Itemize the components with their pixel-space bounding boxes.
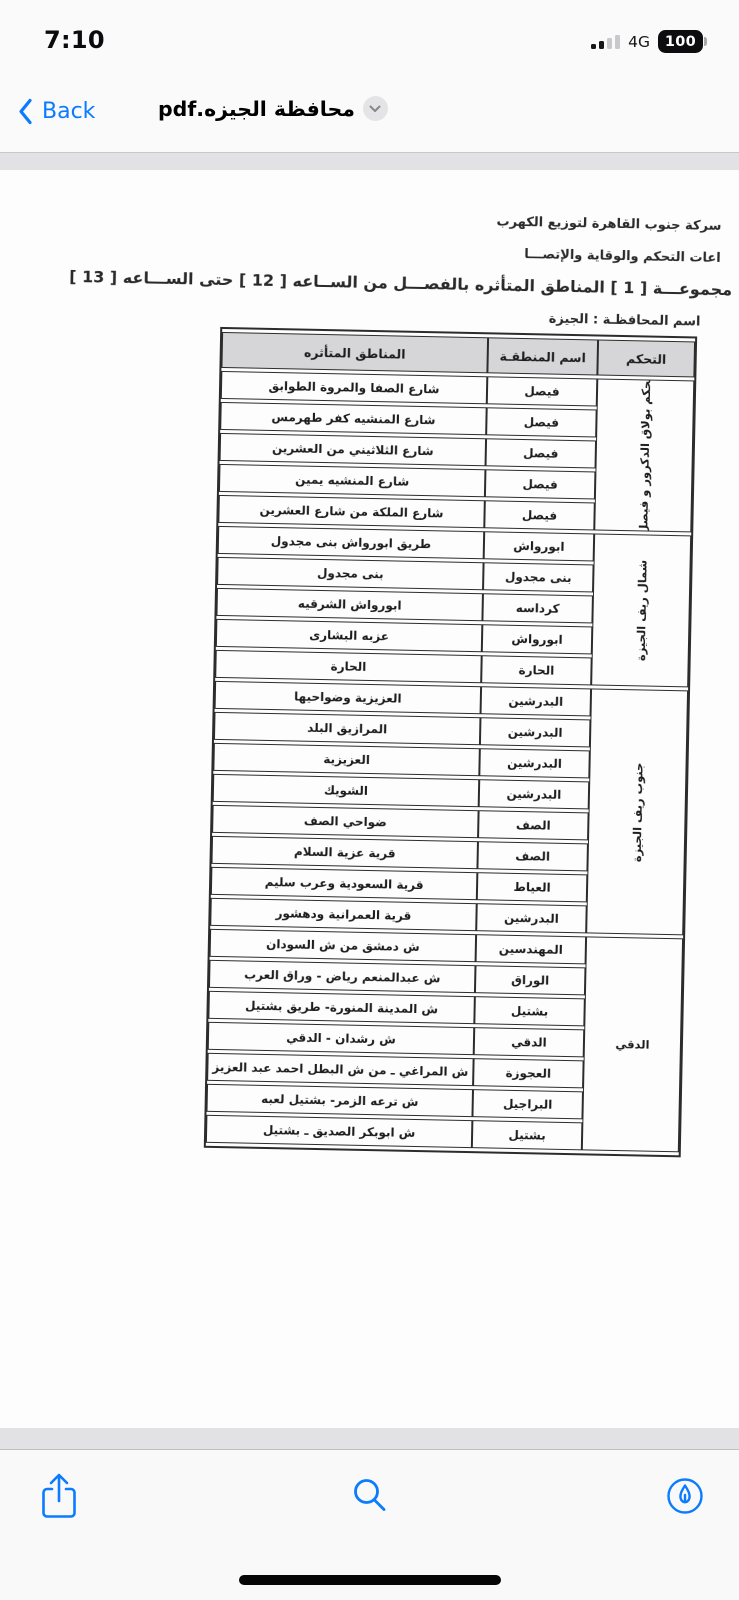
search-icon <box>351 1476 388 1513</box>
col-header-affected: المناطق المتأثره <box>221 332 488 373</box>
area-name-cell: ابورواش <box>482 624 593 654</box>
area-name-cell: ابورواش <box>484 531 595 561</box>
home-indicator[interactable] <box>239 1575 501 1585</box>
affected-areas-cell: ش ابوبكر الصديق ـ بشتيل <box>206 1115 472 1148</box>
area-name-cell: العياط <box>477 872 588 902</box>
control-group-label: الدقي <box>615 1037 649 1052</box>
affected-areas-cell: عزبه البشارى <box>216 619 482 652</box>
col-header-area: اسم المنطقـة <box>487 337 598 375</box>
area-name-cell: البدرشين <box>481 686 592 716</box>
control-group-label: تحكم بولاق الدكرور و فيصل <box>636 378 653 532</box>
area-name-cell: البدرشين <box>476 903 587 933</box>
area-name-cell: الدقي <box>474 1027 585 1057</box>
table-header-row: التحكم اسم المنطقـة المناطق المتأثره <box>221 332 695 377</box>
area-name-cell: فيصل <box>486 407 597 437</box>
area-name-cell: الحارة <box>481 655 592 685</box>
network-type-label: 4G <box>628 33 650 51</box>
area-name-cell: العجوزة <box>473 1058 584 1088</box>
doc-header-line-3: مجموعـــة [ 1 ] المناطق المتأثره بالفصــ… <box>69 267 732 299</box>
affected-areas-cell: المرازيق البلد <box>214 712 480 745</box>
chevron-left-icon <box>18 98 33 125</box>
affected-areas-cell: شارع المنشيه كفر طهرمس <box>220 402 486 435</box>
affected-areas-cell: الشويك <box>213 774 479 807</box>
affected-areas-cell: شارع المنشيه يمين <box>219 464 485 497</box>
affected-areas-cell: قرية العمرانية ودهشور <box>210 898 476 931</box>
markup-pen-icon <box>665 1476 705 1516</box>
affected-areas-cell: ش ترعه الزمر- بشتيل لعبه <box>207 1084 473 1117</box>
area-name-cell: الصف <box>478 810 589 840</box>
pdf-page[interactable]: سركة جنوب القاهرة لتوزيع الكهرب اعات الت… <box>0 170 739 1428</box>
affected-areas-cell: طريق ابورواش بنى مجدول <box>218 526 484 559</box>
status-indicators: 4G 100 <box>591 30 707 53</box>
area-name-cell: فيصل <box>486 438 597 468</box>
title-menu-button[interactable] <box>363 96 388 121</box>
back-label: Back <box>42 99 95 124</box>
affected-areas-cell: العزيزية <box>213 743 479 776</box>
search-button[interactable] <box>351 1476 388 1517</box>
back-button[interactable]: Back <box>18 98 95 125</box>
status-time: 7:10 <box>44 26 105 54</box>
affected-areas-cell: ضواحي الصف <box>212 805 478 838</box>
bottom-toolbar <box>0 1449 739 1600</box>
scanned-document: سركة جنوب القاهرة لتوزيع الكهرب اعات الت… <box>0 163 739 1436</box>
battery-nub <box>704 37 707 46</box>
share-button[interactable] <box>40 1472 78 1524</box>
area-name-cell: البراجيل <box>472 1089 583 1119</box>
control-group-cell: تحكم بولاق الدكرور و فيصل <box>594 378 694 532</box>
affected-areas-cell: الحارة <box>215 650 481 683</box>
outage-table: التحكم اسم المنطقـة المناطق المتأثره تحك… <box>204 327 697 1157</box>
control-group-cell: جنوب ريف الجيزة <box>586 688 688 935</box>
chevron-down-icon <box>369 105 381 113</box>
affected-areas-cell: ش دمشق من ش السودان <box>210 929 476 962</box>
doc-header-line-1: سركة جنوب القاهرة لتوزيع الكهرب <box>496 214 721 234</box>
control-group-cell: شمال ريف الجيزة <box>591 533 691 687</box>
area-name-cell: بشتيل <box>474 996 585 1026</box>
affected-areas-cell: شارع الملكة من شارع العشرين <box>218 495 484 528</box>
signal-strength-icon <box>591 34 621 49</box>
document-title: محافظة الجيزه.pdf <box>158 97 355 121</box>
affected-areas-cell: شارع الثلاثيني من العشرين <box>220 433 486 466</box>
affected-areas-cell: ابورواش الشرقيه <box>216 588 482 621</box>
area-name-cell: البدرشين <box>479 748 590 778</box>
share-icon <box>40 1472 78 1520</box>
area-name-cell: البدرشين <box>480 717 591 747</box>
area-name-cell: بنى مجدول <box>483 562 594 592</box>
control-group-label: شمال ريف الجيزة <box>633 560 649 661</box>
affected-areas-cell: قرية السعودية وعرب سليم <box>211 867 477 900</box>
battery-icon: 100 <box>658 30 707 53</box>
doc-header-line-2: اعات التحكم والوقاية والإتصـــا <box>524 247 721 266</box>
area-name-cell: فيصل <box>487 376 598 406</box>
control-group-cell: الدقي <box>582 936 683 1152</box>
affected-areas-cell: ش المراغي ـ من ش البطل احمد عبد العزيز <box>207 1053 473 1086</box>
control-group-label: جنوب ريف الجيزة <box>629 762 645 862</box>
affected-areas-cell: شارع الصفا والمروة الطوابق <box>221 371 487 404</box>
affected-areas-cell: قرية عزية السلام <box>212 836 478 869</box>
area-name-cell: البدرشين <box>479 779 590 809</box>
area-name-cell: كرداسه <box>482 593 593 623</box>
area-name-cell: فيصل <box>485 469 596 499</box>
affected-areas-cell: العزيزية وضواحيها <box>215 681 481 714</box>
area-name-cell: فيصل <box>484 500 595 530</box>
affected-areas-cell: ش رشدان - الدقي <box>208 1022 474 1055</box>
affected-areas-cell: بنى مجدول <box>217 557 483 590</box>
area-name-cell: الوراق <box>475 965 586 995</box>
document-title-group[interactable]: محافظة الجيزه.pdf <box>158 96 388 121</box>
affected-areas-cell: ش عبدالمنعم رياض - وراق العرب <box>209 960 475 993</box>
col-header-control: التحكم <box>597 340 695 378</box>
area-name-cell: المهندسين <box>476 934 587 964</box>
battery-percent: 100 <box>658 30 703 53</box>
area-name-cell: الصف <box>477 841 588 871</box>
area-name-cell: بشتيل <box>472 1120 583 1150</box>
top-chrome: 7:10 4G 100 Back محافظة الجيزه.pdf <box>0 0 739 153</box>
doc-governorate-line: اسم المحافظـة : الجيزة <box>549 312 701 330</box>
affected-areas-cell: ش المدينة المنورة- طريق بشتيل <box>208 991 474 1024</box>
markup-button[interactable] <box>665 1476 705 1520</box>
